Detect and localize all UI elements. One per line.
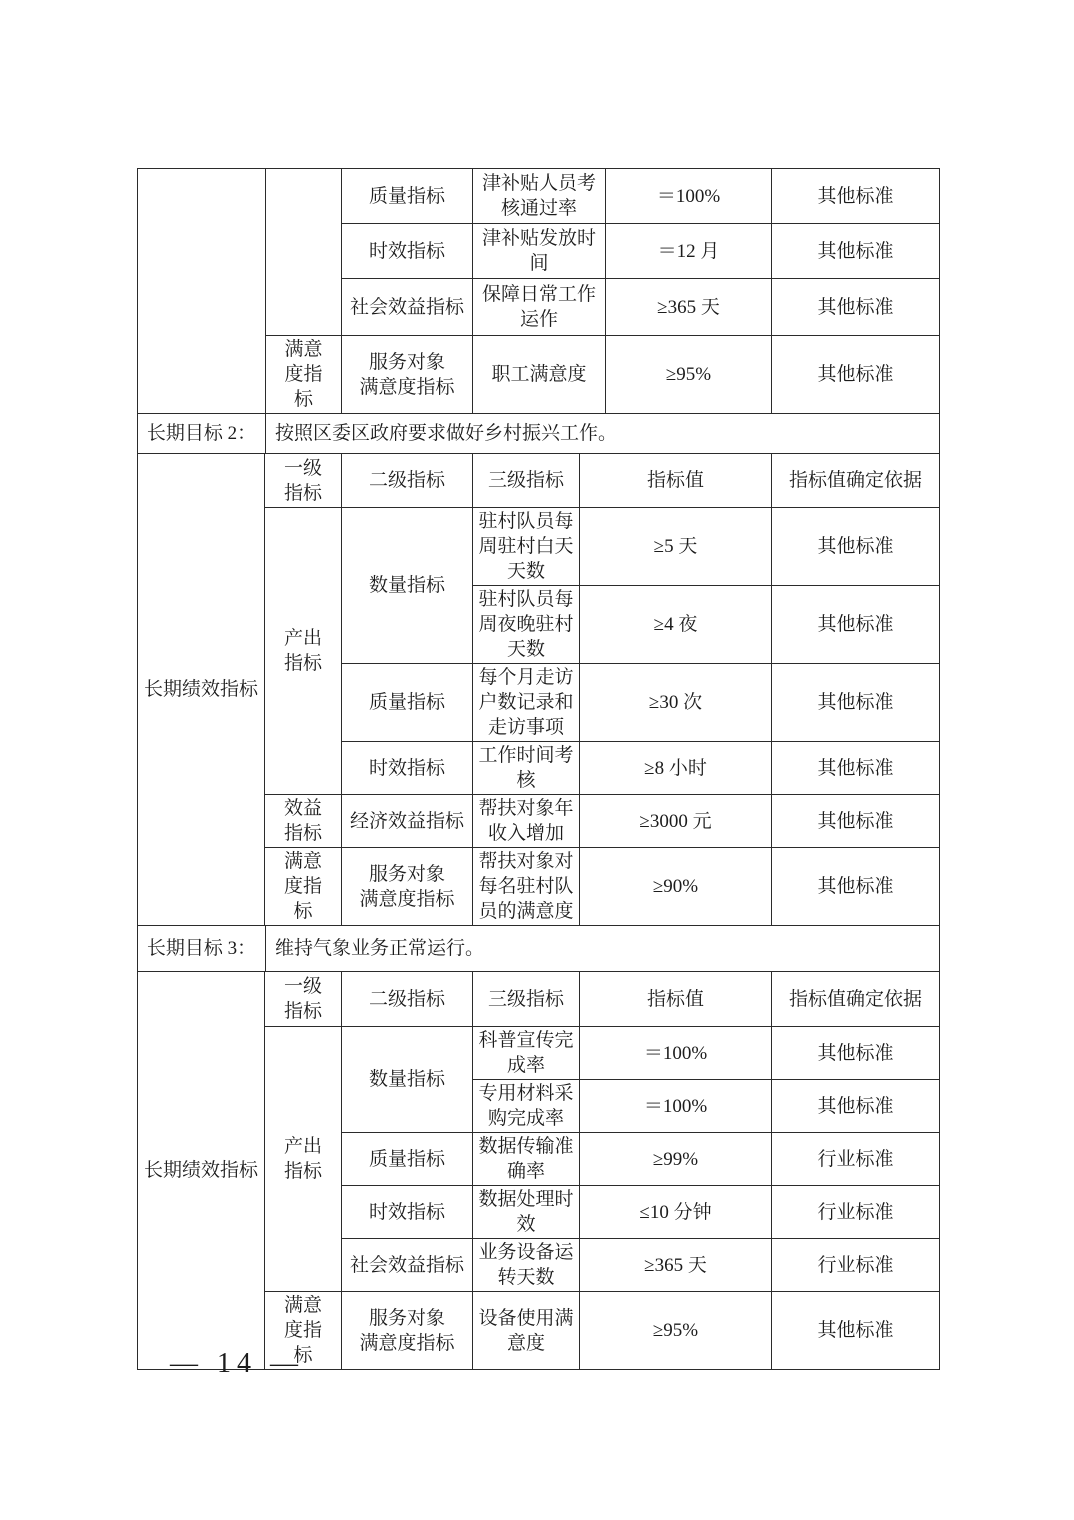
level2-indicator-cell: 经济效益指标 — [342, 795, 473, 848]
indicator-value-cell: ≥30 次 — [580, 664, 772, 742]
goal2-row: 长期目标 2： 按照区委区政府要求做好乡村振兴工作。 — [137, 413, 940, 454]
level1-indicator-cell: 满意 度指 标 — [265, 848, 342, 926]
level2-indicator-cell: 服务对象 满意度指标 — [342, 848, 473, 926]
value-basis-cell: 其他标准 — [772, 224, 940, 279]
header-row: 长期绩效指标 一级 指标 二级指标 三级指标 指标值 指标值确定依据 — [138, 972, 940, 1027]
level3-indicator-cell: 驻村队员每 周驻村白天 天数 — [473, 508, 580, 586]
level3-indicator-cell: 帮扶对象对 每名驻村队 员的满意度 — [473, 848, 580, 926]
page-number: — 14 — — [170, 1348, 304, 1380]
indicator-value-cell: ≥95% — [580, 1292, 772, 1370]
value-basis-cell: 其他标准 — [772, 1027, 940, 1080]
indicator-value-cell: ＝100% — [580, 1080, 772, 1133]
value-basis-cell: 行业标准 — [772, 1239, 940, 1292]
document-page: { "colors": { "text": "#1c1c1c", "border… — [0, 0, 1074, 1520]
level2-indicator-cell: 服务对象 满意度指标 — [342, 1292, 473, 1370]
level3-indicator-cell: 津补贴发放时 间 — [473, 224, 606, 279]
indicator-value-cell: ≥95% — [606, 336, 772, 414]
level1-indicator-cell: 产出 指标 — [265, 1027, 342, 1292]
table-row: 长期目标 2： 按照区委区政府要求做好乡村振兴工作。 — [138, 414, 940, 454]
indicator-value-cell: ≥365 天 — [580, 1239, 772, 1292]
level2-indicator-cell: 时效指标 — [342, 224, 473, 279]
header-level1: 一级 指标 — [265, 972, 342, 1027]
header-basis: 指标值确定依据 — [772, 972, 940, 1027]
value-basis-cell: 其他标准 — [772, 169, 940, 224]
value-basis-cell: 其他标准 — [772, 664, 940, 742]
level3-indicator-cell: 数据处理时 效 — [473, 1186, 580, 1239]
goal-description-cell: 按照区委区政府要求做好乡村振兴工作。 — [266, 414, 940, 454]
indicator-value-cell: ≥365 天 — [606, 279, 772, 336]
level2-indicator-cell: 数量指标 — [342, 1027, 473, 1133]
level2-indicator-cell: 质量指标 — [342, 1133, 473, 1186]
level3-indicator-cell: 设备使用满 意度 — [473, 1292, 580, 1370]
value-basis-cell: 其他标准 — [772, 742, 940, 795]
value-basis-cell: 其他标准 — [772, 848, 940, 926]
header-value: 指标值 — [580, 454, 772, 508]
level1-indicator-cell: 效益 指标 — [265, 795, 342, 848]
value-basis-cell: 其他标准 — [772, 795, 940, 848]
level3-indicator-cell: 数据传输准 确率 — [473, 1133, 580, 1186]
level3-indicator-cell: 保障日常工作 运作 — [473, 279, 606, 336]
row-label-cell: 长期绩效指标 — [138, 454, 265, 926]
header-level2: 二级指标 — [342, 454, 473, 508]
level2-indicator-cell: 质量指标 — [342, 169, 473, 224]
indicator-value-cell: ≥3000 元 — [580, 795, 772, 848]
header-level1: 一级 指标 — [265, 454, 342, 508]
level2-indicator-cell: 服务对象 满意度指标 — [342, 336, 473, 414]
header-row: 长期绩效指标 一级 指标 二级指标 三级指标 指标值 指标值确定依据 — [138, 454, 940, 508]
level3-indicator-cell: 津补贴人员考 核通过率 — [473, 169, 606, 224]
indicator-value-cell: ≥4 夜 — [580, 586, 772, 664]
header-level3: 三级指标 — [473, 454, 580, 508]
goal-label-cell: 长期目标 2： — [138, 414, 266, 454]
goal3-row: 长期目标 3： 维持气象业务正常运行。 — [137, 925, 940, 972]
indicator-value-cell: ≤10 分钟 — [580, 1186, 772, 1239]
level2-indicator-cell: 社会效益指标 — [342, 1239, 473, 1292]
indicator-value-cell: ＝12 月 — [606, 224, 772, 279]
value-basis-cell: 其他标准 — [772, 279, 940, 336]
level3-indicator-cell: 职工满意度 — [473, 336, 606, 414]
value-basis-cell: 其他标准 — [772, 586, 940, 664]
level3-indicator-cell: 专用材料采 购完成率 — [473, 1080, 580, 1133]
value-basis-cell: 行业标准 — [772, 1133, 940, 1186]
value-basis-cell: 其他标准 — [772, 336, 940, 414]
table-row: 质量指标 津补贴人员考 核通过率 ＝100% 其他标准 — [138, 169, 940, 224]
level3-indicator-cell: 每个月走访 户数记录和 走访事项 — [473, 664, 580, 742]
performance-indicator-report: 质量指标 津补贴人员考 核通过率 ＝100% 其他标准 时效指标 津补贴发放时 … — [137, 168, 939, 1370]
indicator-value-cell: ≥8 小时 — [580, 742, 772, 795]
level1-indicator-cell: 产出 指标 — [265, 508, 342, 795]
header-level3: 三级指标 — [473, 972, 580, 1027]
level2-indicator-cell: 社会效益指标 — [342, 279, 473, 336]
level2-indicator-cell: 时效指标 — [342, 1186, 473, 1239]
indicator-value-cell: ＝100% — [580, 1027, 772, 1080]
indicator-value-cell: ≥90% — [580, 848, 772, 926]
goal-description-cell: 维持气象业务正常运行。 — [266, 926, 940, 972]
header-value: 指标值 — [580, 972, 772, 1027]
value-basis-cell: 其他标准 — [772, 1080, 940, 1133]
indicator-table-goal2: 长期绩效指标 一级 指标 二级指标 三级指标 指标值 指标值确定依据 产出 指标… — [137, 453, 940, 926]
indicator-value-cell: ≥99% — [580, 1133, 772, 1186]
level2-indicator-cell: 数量指标 — [342, 508, 473, 664]
level3-indicator-cell: 驻村队员每 周夜晚驻村 天数 — [473, 586, 580, 664]
value-basis-cell: 行业标准 — [772, 1186, 940, 1239]
indicator-value-cell: ≥5 天 — [580, 508, 772, 586]
table-row: 长期目标 3： 维持气象业务正常运行。 — [138, 926, 940, 972]
level3-indicator-cell: 工作时间考 核 — [473, 742, 580, 795]
empty-cell — [138, 169, 266, 414]
level3-indicator-cell: 科普宣传完 成率 — [473, 1027, 580, 1080]
level2-indicator-cell: 时效指标 — [342, 742, 473, 795]
header-basis: 指标值确定依据 — [772, 454, 940, 508]
level3-indicator-cell: 帮扶对象年 收入增加 — [473, 795, 580, 848]
value-basis-cell: 其他标准 — [772, 1292, 940, 1370]
indicator-table-goal3: 长期绩效指标 一级 指标 二级指标 三级指标 指标值 指标值确定依据 产出 指标… — [137, 971, 940, 1370]
header-level2: 二级指标 — [342, 972, 473, 1027]
row-label-cell: 长期绩效指标 — [138, 972, 265, 1370]
goal-label-cell: 长期目标 3： — [138, 926, 266, 972]
value-basis-cell: 其他标准 — [772, 508, 940, 586]
level3-indicator-cell: 业务设备运 转天数 — [473, 1239, 580, 1292]
level2-indicator-cell: 质量指标 — [342, 664, 473, 742]
level1-indicator-cell: 满意 度指 标 — [266, 336, 342, 414]
indicator-table-continued: 质量指标 津补贴人员考 核通过率 ＝100% 其他标准 时效指标 津补贴发放时 … — [137, 168, 940, 414]
empty-cell — [266, 169, 342, 336]
indicator-value-cell: ＝100% — [606, 169, 772, 224]
